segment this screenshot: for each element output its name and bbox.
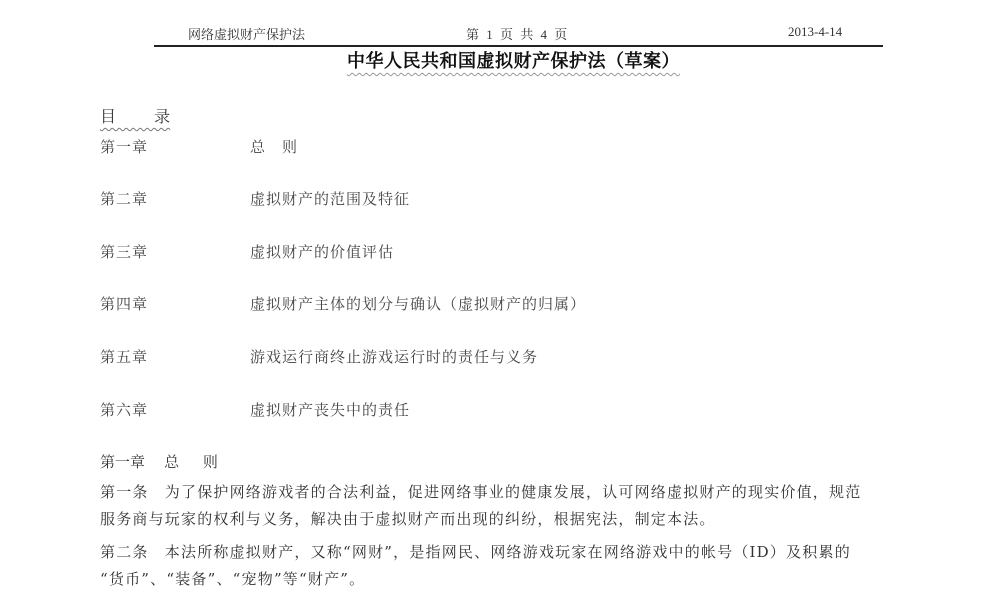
chapter-heading: 第一章 总 则 [100,451,218,472]
toc-chapter-name: 虚拟财产丧失中的责任 [250,401,410,419]
toc-chapter: 第六章 [100,399,250,420]
header-date: 2013-4-14 [788,24,842,40]
toc-chapter: 第五章 [100,346,250,367]
header-doc-name: 网络虚拟财产保护法 [188,24,305,43]
toc-chapter: 第一章 [100,136,250,157]
toc-chapter-name: 虚拟财产的范围及特征 [250,190,410,208]
toc-item: 第五章游戏运行商终止游戏运行时的责任与义务 [100,346,538,367]
header-page-number: 第 1 页 共 4 页 [466,24,569,43]
article-line: 第二条 本法所称虚拟财产，又称“网财”，是指网民、网络游戏玩家在网络游戏中的帐号… [100,539,890,566]
toc-item: 第六章虚拟财产丧失中的责任 [100,399,410,420]
toc-chapter-name: 总 则 [250,138,298,156]
document-title: 中华人民共和国虚拟财产保护法（草案） [347,47,680,73]
article-line: “货币”、“装备”、“宠物”等“财产”。 [100,566,890,593]
article-1: 第一条 为了保护网络游戏者的合法利益，促进网络事业的健康发展，认可网络虚拟财产的… [100,479,890,533]
toc-item: 第一章总 则 [100,136,298,157]
article-line: 第一条 为了保护网络游戏者的合法利益，促进网络事业的健康发展，认可网络虚拟财产的… [100,479,890,506]
toc-chapter: 第三章 [100,241,250,262]
article-2: 第二条 本法所称虚拟财产，又称“网财”，是指网民、网络游戏玩家在网络游戏中的帐号… [100,539,890,593]
toc-chapter-name: 虚拟财产主体的划分与确认（虚拟财产的归属） [250,295,586,313]
toc-chapter-name: 虚拟财产的价值评估 [250,243,394,261]
toc-item: 第三章虚拟财产的价值评估 [100,241,394,262]
toc-item: 第四章虚拟财产主体的划分与确认（虚拟财产的归属） [100,293,586,314]
toc-chapter-name: 游戏运行商终止游戏运行时的责任与义务 [250,348,538,366]
toc-chapter: 第四章 [100,293,250,314]
document-page: 网络虚拟财产保护法 第 1 页 共 4 页 2013-4-14 中华人民共和国虚… [0,0,1006,599]
toc-item: 第二章虚拟财产的范围及特征 [100,188,410,209]
article-line: 服务商与玩家的权利与义务，解决由于虚拟财产而出现的纠纷，根据宪法，制定本法。 [100,506,890,533]
toc-chapter: 第二章 [100,188,250,209]
toc-heading: 目 录 [100,104,170,127]
